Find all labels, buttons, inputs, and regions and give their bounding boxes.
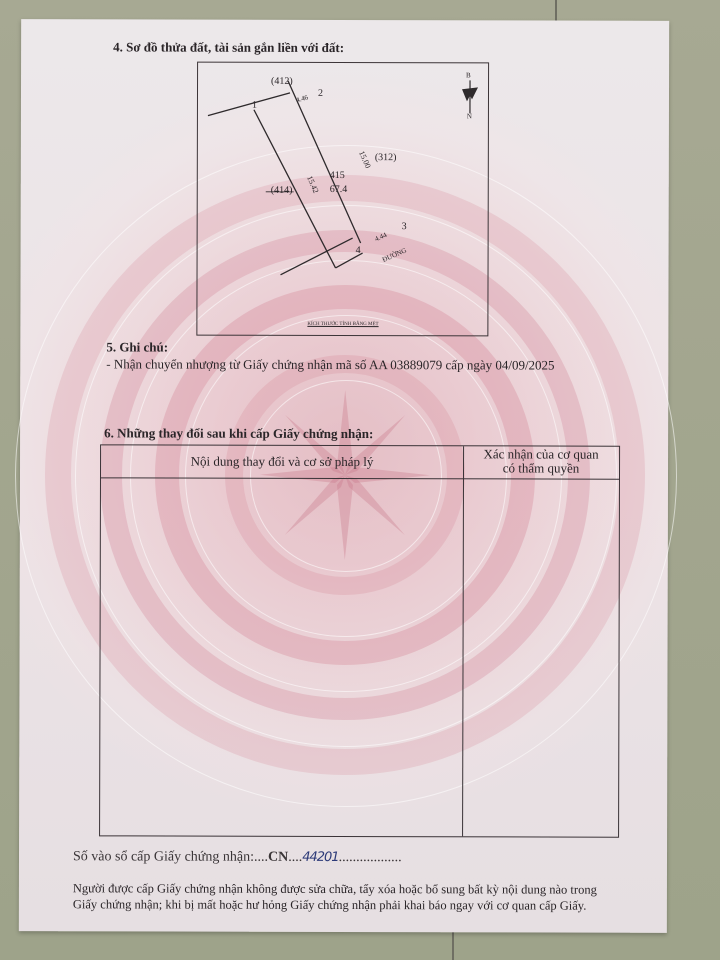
header-authority-confirmation: Xác nhận của cơ quan có thẩm quyền: [463, 447, 619, 475]
note-text: - Nhận chuyển nhượng từ Giấy chứng nhận …: [106, 356, 554, 373]
column-divider: [462, 446, 464, 836]
registry-line: Số vào sổ cấp Giấy chứng nhận:....CN....…: [73, 849, 402, 866]
warning-line-2: Giấy chứng nhận; khi bị mất hoặc hư hỏng…: [73, 897, 587, 913]
north-arrow-icon: B N: [460, 71, 480, 121]
vertex-4: 4: [356, 245, 361, 256]
vertex-3: 3: [402, 221, 407, 232]
vertex-2: 2: [318, 88, 323, 99]
section-6-title: 6. Những thay đổi sau khi cấp Giấy chứng…: [104, 425, 373, 442]
scale-note: KÍCH THƯỚC TÍNH BẰNG MÉT: [307, 322, 378, 327]
registry-prefix: CN: [268, 850, 288, 865]
land-parcel-diagram: (412) (312) (414) 1 2 3 4 4.46 15.00 4.4…: [196, 62, 489, 337]
header-change-content: Nội dung thay đổi và cơ sở pháp lý: [101, 453, 463, 470]
parcel-number: 415: [330, 170, 345, 181]
section-4-title: 4. Sơ đồ thửa đất, tài sản gắn liền với …: [113, 39, 344, 56]
neighbor-west-label: (414): [271, 185, 293, 196]
changes-table: Nội dung thay đổi và cơ sở pháp lý Xác n…: [99, 444, 620, 837]
land-certificate-page: 4. Sơ đồ thửa đất, tài sản gắn liền với …: [19, 19, 669, 933]
section-5-title: 5. Ghi chú:: [106, 339, 168, 355]
registry-number: 44201: [302, 850, 338, 865]
warning-line-1: Người được cấp Giấy chứng nhận không đượ…: [73, 881, 597, 897]
floor-seam: [452, 932, 454, 960]
neighbor-east-label: (312): [375, 152, 397, 163]
vertex-1: 1: [252, 100, 257, 111]
floor-seam: [555, 0, 557, 22]
neighbor-north-label: (412): [271, 76, 293, 87]
parcel-area: 67.4: [330, 184, 348, 195]
changes-table-header: Nội dung thay đổi và cơ sở pháp lý Xác n…: [101, 445, 619, 479]
